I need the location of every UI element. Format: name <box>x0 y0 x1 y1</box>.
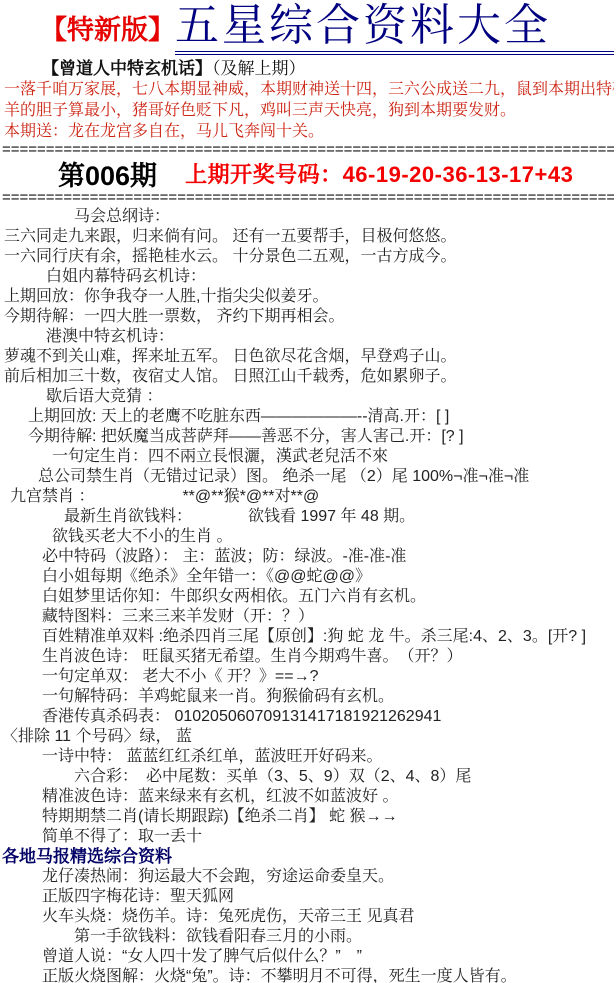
text-line: 一六同行庆有余，摇艳桂水云。 十分景色二五观，一古方成今。 <box>2 247 614 267</box>
last-draw-numbers: 上期开奖号码：46-19-20-36-13-17+43 <box>185 158 573 189</box>
text-line: 三六同走九来跟，归来倘有问。 还有一五要帮手，目极何悠悠。 <box>2 227 614 247</box>
text-line: 精准波色诗：蓝来绿来有玄机，红波不如蓝波好 。 <box>2 787 614 807</box>
text-line: 第一手欲钱料：欲钱看阳春三月的小雨。 <box>2 927 614 947</box>
text-line: 上期回放: 天上的老鹰不吃脏东西——————--清高.开：[ ] <box>2 407 614 427</box>
text-line: 火车头烧：烧伤羊。诗：兔死虎伤，天帝三王 见真君 <box>2 907 614 927</box>
text-line: 今期待解: 把妖魔当成菩萨拜——善恶不分，害人害己.开：[? ] <box>2 427 614 447</box>
text-line: 九宫禁肖 ： **@**猴*@**对**@ <box>2 487 614 507</box>
text-line: 简单不得了：取一丢十 <box>2 827 614 847</box>
text-line: 一句定生肖：四不兩立長恨灑，漢武老兒活不來 <box>2 447 614 467</box>
text-line: 藏特图料：三来三来羊发财（开：？） <box>2 607 614 627</box>
text-line: 总公司禁生肖（无错过记录）图。 绝杀一尾 （2）尾 100%¬准¬准¬准 <box>2 467 614 487</box>
text-line: 马会总纲诗： <box>2 207 614 227</box>
text-line: 〈排除 11 个号码〉绿， 蓝 <box>2 727 614 747</box>
zengdaoren-poem: 一落千咱万家展，七八本期显神威，本期财神送十四，三六公成送二九，鼠到本期出特码，… <box>2 79 614 142</box>
text-line: 一句解特码：羊鸡蛇鼠来一肖。狗猴偷码有玄机。 <box>2 687 614 707</box>
edition-tag: 【特新版】 <box>40 8 175 55</box>
text-line: 白姐内幕特码玄机诗： <box>2 267 614 287</box>
issue-number: 第006期 <box>58 154 157 193</box>
page: 【特新版】 五星综合资料大全 【曾道人中特玄机话】（及解上期） 一落千咱万家展，… <box>0 0 616 983</box>
text-line: 歇后语大竞猜 ： <box>2 387 614 407</box>
text-line: 正版火烧图解：火烧“兔”。诗：不攀明月不可得，死生一度人皆有。 <box>2 967 614 983</box>
text-line: 必中特码（波路）： 主：蓝波；防：绿波。-准-准-准 <box>2 547 614 567</box>
poem-line: 一落千咱万家展，七八本期显神威，本期财神送十四，三六公成送二九，鼠到本期出特码， <box>2 79 614 100</box>
text-line: 一句定单双： 老大不小《 开？》==→? <box>2 667 614 687</box>
page-title: 五星综合资料大全 <box>175 4 614 55</box>
content-lines: 马会总纲诗：三六同走九来跟，归来倘有问。 还有一五要帮手，目极何悠悠。一六同行庆… <box>2 207 614 983</box>
text-line: 生肖波色诗： 旺鼠买猪无希望。生肖今期鸡牛喜。 （开？） <box>2 647 614 667</box>
issue-row: 第006期 上期开奖号码：46-19-20-36-13-17+43 <box>2 157 614 190</box>
text-line: 最新生肖欲钱料： 欲钱看 1997 年 48 期。 <box>2 507 614 527</box>
text-line: 今期待解：一四大胜一票数， 齐约下期再相会。 <box>2 307 614 327</box>
text-line: 萝魂不到关山难，挥来址五军。 日色欲尽花含烟，早登鸡子山。 <box>2 347 614 367</box>
text-line: 六合彩： 必中尾数：买单（3、5、9）双（2、4、8）尾 <box>2 767 614 787</box>
text-line: 香港传真杀码表： 010205060709131417181921262941 <box>2 707 614 727</box>
header: 【特新版】 五星综合资料大全 <box>2 4 614 55</box>
poem-line: 本期送：龙在龙宫多自在，马儿飞奔闯十关。 <box>2 121 614 142</box>
subheader-note: （及解上期） <box>212 59 306 78</box>
subheader-label: 【曾道人中特玄机话】 <box>42 59 212 78</box>
text-line: 一诗中特： 蓝蓝红红杀红单，蓝波旺开好码来。 <box>2 747 614 767</box>
section-heading: 各地马报精选综合资料 <box>2 847 614 867</box>
subheader: 【曾道人中特玄机话】（及解上期） <box>2 58 614 79</box>
text-line: 前后相加三十数，夜宿丈人馆。 日照江山千载秀，危如累卵子。 <box>2 367 614 387</box>
text-line: 白小姐每期《绝杀》全年错一：《@@蛇@@》 <box>2 567 614 587</box>
text-line: 上期回放：你争我夺一人胜,十指尖尖似姜牙。 <box>2 287 614 307</box>
text-line: 特期期禁二肖(请长期跟踪)【绝杀二肖】 蛇 猴→→ <box>2 807 614 827</box>
text-line: 欲钱买老大不小的生肖 。 <box>2 527 614 547</box>
text-line: 龙仔凑热闹：狗运最大不会跑，穷途运命委皇天。 <box>2 867 614 887</box>
text-line: 百姓精准单双料 :绝杀四肖三尾【原创】:狗 蛇 龙 牛。杀三尾:4、2、3。[开… <box>2 627 614 647</box>
text-line: 正版四字梅花诗：聖天狐网 <box>2 887 614 907</box>
text-line: 港澳中特玄机诗： <box>2 327 614 347</box>
text-line: 曾道人说：“女人四十发了脾气后似什么？” ” <box>2 947 614 967</box>
separator-equals: ========================================… <box>2 191 614 204</box>
text-line: 白姐梦里话你知：牛郎织女两相依。五门六肖有玄机。 <box>2 587 614 607</box>
poem-line: 羊的胆子算最小，猪哥好色贬下凡，鸡叫三声天快亮，狗到本期要发财。 <box>2 100 614 121</box>
